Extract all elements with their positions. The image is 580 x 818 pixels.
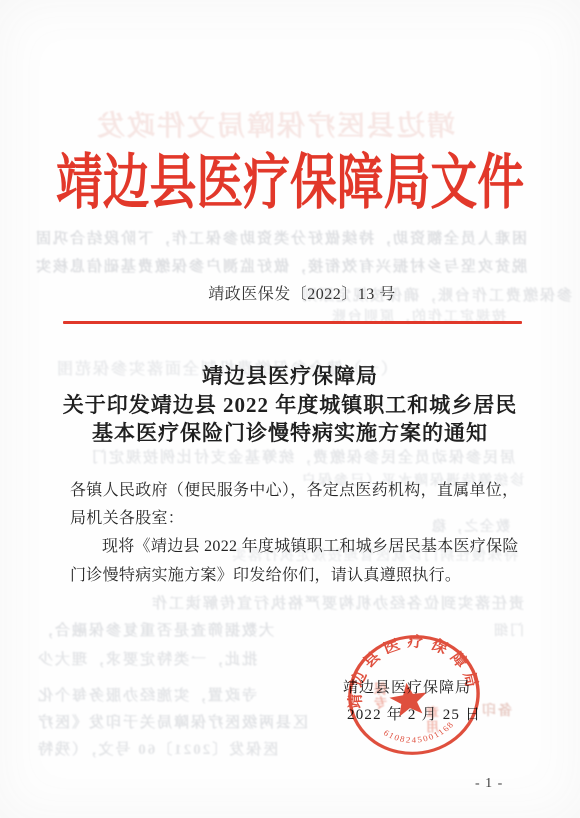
official-round-seal-icon: 靖边县医疗保障局 6108245001168 [339, 620, 489, 770]
bleedthrough-text: 居民参保动员全民参保缴费，统筹基金支付比例按规定门 [90, 446, 515, 467]
bleedthrough-text: 脱贫攻坚与乡村振兴有效衔接，做好监测户参保缴费基础信息核实 [34, 255, 527, 276]
bleedthrough-text: 医保发〔2021〕60 号文，（残特 [36, 738, 278, 759]
document-title: 靖边县医疗保障局 关于印发靖边县 2022 年度城镇职工和城乡居民 基本医疗保险… [0, 362, 580, 448]
document-body: 各镇人民政府（便民服务中心），各定点医药机构，直属单位， 局机关各股室： 现将《… [70, 477, 524, 590]
bleedthrough-text: 责任落实到位各经办机构要严格执行宣传解读工作 [150, 592, 524, 613]
red-divider-rule [63, 321, 522, 324]
document-number: 靖政医保发〔2022〕13 号 [12, 281, 580, 304]
salutation-line-2: 局机关各股室： [70, 505, 524, 533]
letterhead-title: 靖边县医疗保障局文件 [0, 151, 580, 215]
bleedthrough-text: 门细 [492, 620, 524, 640]
seal-star-icon [388, 680, 430, 717]
body-paragraph-line-2: 门诊慢特病实施方案》印发给你们，请认真遵照执行。 [70, 562, 524, 590]
bleedthrough-text: 寺政置，实施经办服务每个化 [36, 684, 257, 705]
bleedthrough-text: 困难人员全额资助，持续做好分类资助参保工作，下阶段结合巩固 [34, 227, 527, 248]
bleedthrough-text: 批此，一类特定要求，理大少 [36, 648, 257, 669]
scanned-document-page: 靖边县医疗保障局文件政发困难人员全额资助，持续做好分类资助参保工作，下阶段结合巩… [0, 0, 580, 818]
bleedthrough-text: 大数据筛查是否重复参保融合， [36, 619, 274, 640]
body-paragraph-line-1: 现将《靖边县 2022 年度城镇职工和城乡居民基本医疗保险 [70, 533, 524, 561]
salutation-line-1: 各镇人民政府（便民服务中心），各定点医药机构，直属单位， [70, 477, 524, 505]
page-number: - 1 - [475, 776, 503, 792]
bleedthrough-text: 靖边县医疗保障局文件政发 [95, 104, 455, 144]
document-title-line-2: 关于印发靖边县 2022 年度城镇职工和城乡居民 [0, 391, 580, 420]
document-title-line-1: 靖边县医疗保障局 [0, 362, 580, 391]
document-title-line-3: 基本医疗保险门诊慢特病实施方案的通知 [0, 419, 580, 448]
bleedthrough-text: 区县两级医疗保障局关于印发《医疗 [36, 711, 308, 732]
letterhead-title-text: 靖边县医疗保障局文件 [56, 151, 524, 215]
